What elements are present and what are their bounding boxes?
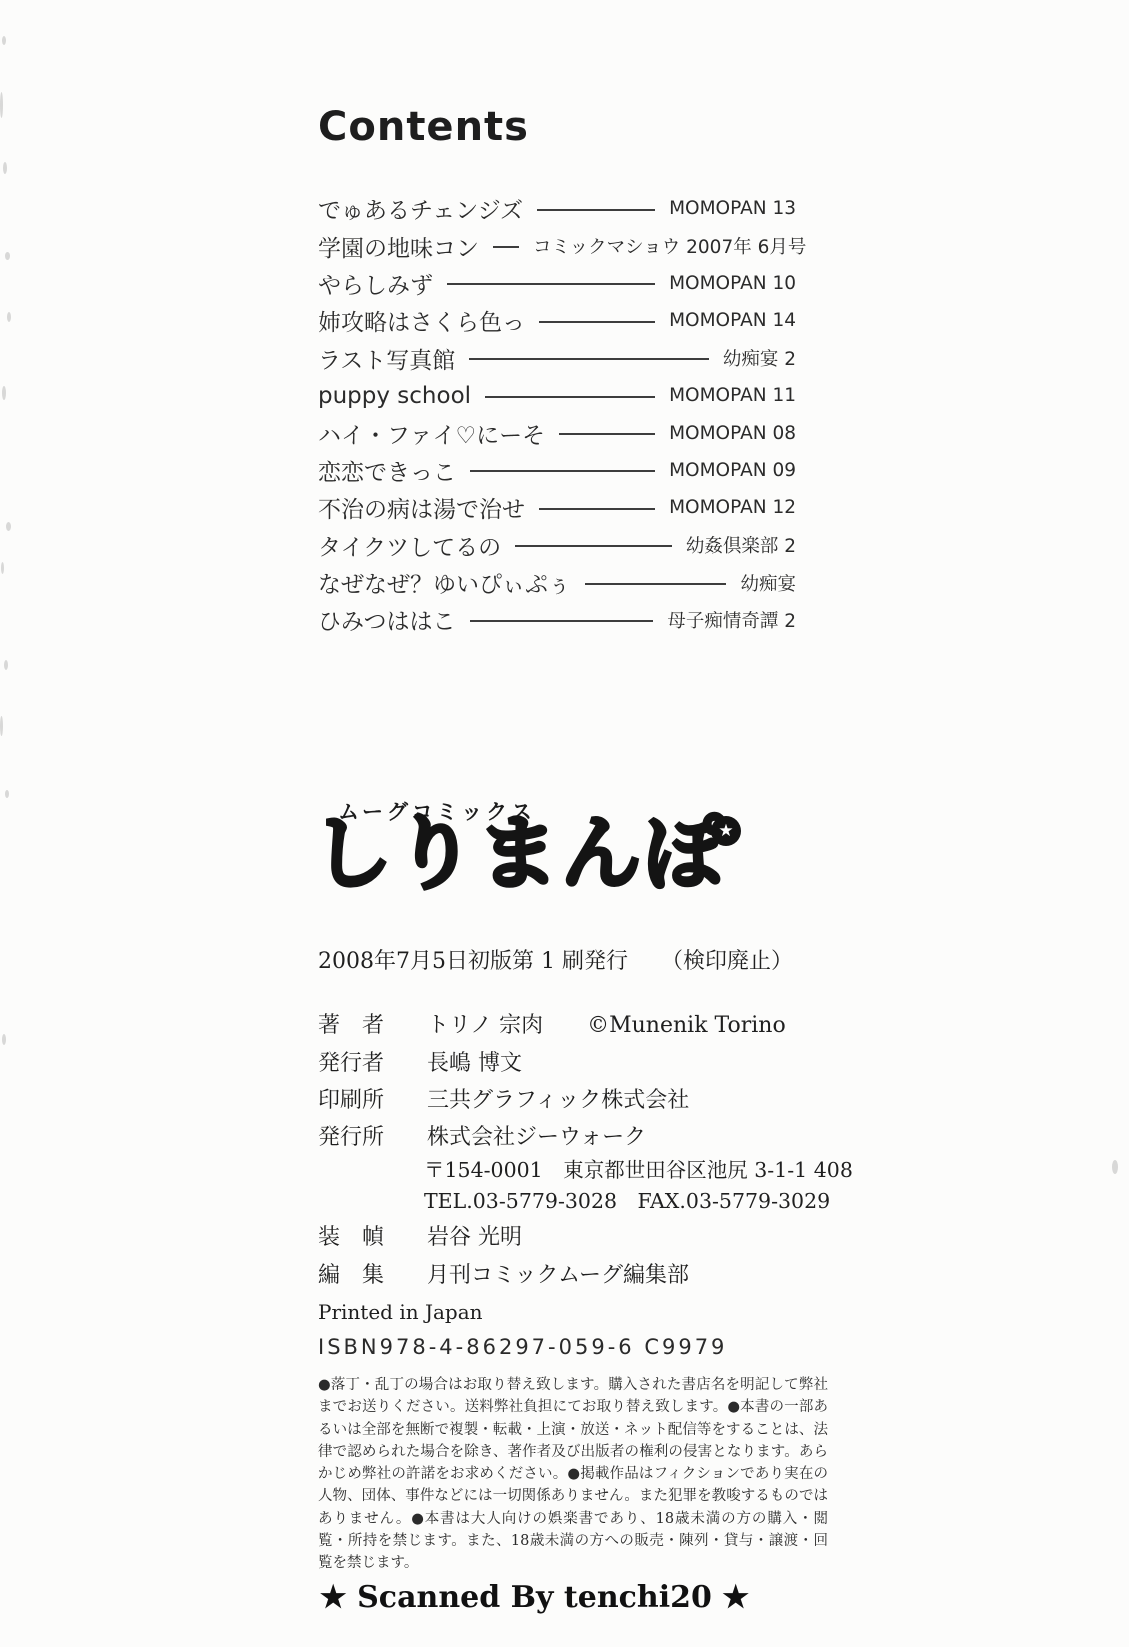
legal-notice: ●落丁・乱丁の場合はお取り替え致します。購入された書店名を明記して弊社までお送り…	[318, 1374, 828, 1575]
scan-speck	[7, 312, 11, 322]
toc-entry-source: 幼痴宴 2	[723, 345, 796, 371]
leader-line	[537, 209, 655, 211]
toc-entry-title: 学園の地味コン	[318, 230, 479, 263]
colophon-label: 編 集	[318, 1258, 420, 1289]
leader-line	[559, 433, 655, 435]
colophon-value: 月刊コミックムーグ編集部	[427, 1263, 689, 1288]
toc-entry-title: puppy school	[318, 383, 471, 409]
toc-entry-source: 幼姦倶楽部 2	[686, 532, 796, 558]
toc-entry-title: でゅあるチェンジズ	[318, 192, 523, 225]
toc-entry-title: やらしみず	[318, 267, 433, 300]
toc-entry-title: タイクツしてるの	[318, 529, 501, 562]
edition-line: 2008年7月5日初版第 1 刷発行 （検印廃止）	[318, 944, 793, 975]
colophon-label: 印刷所	[318, 1083, 420, 1114]
colophon-value: 岩谷 光明	[427, 1225, 522, 1250]
toc-entry-source: 幼痴宴	[740, 570, 796, 596]
scanned-book-page: Contents でゅあるチェンジズ MOMOPAN 13 学園の地味コン コミ…	[0, 0, 1129, 1647]
toc-row: 不治の病は湯で治せ MOMOPAN 12	[318, 489, 796, 526]
printed-in-japan: Printed in Japan	[318, 1300, 483, 1324]
leader-line	[485, 396, 655, 398]
toc-entry-source: コミックマショウ 2007年 6月号	[533, 233, 806, 259]
leader-line	[470, 470, 655, 472]
colophon-label: 発行者	[318, 1046, 420, 1077]
toc-entry-title: 恋恋できっこ	[318, 454, 456, 487]
leader-line	[539, 321, 655, 323]
toc-entry-title: 不治の病は湯で治せ	[318, 491, 525, 524]
toc-row: 学園の地味コン コミックマショウ 2007年 6月号	[318, 227, 796, 264]
book-logo: しりまんぽ ★	[312, 814, 727, 894]
toc-entry-source: MOMOPAN 09	[669, 460, 796, 481]
table-of-contents: でゅあるチェンジズ MOMOPAN 13 学園の地味コン コミックマショウ 20…	[318, 190, 796, 639]
toc-row: 恋恋できっこ MOMOPAN 09	[318, 452, 796, 489]
scan-speck	[3, 162, 7, 174]
colophon-value: 三共グラフィック株式会社	[427, 1088, 689, 1113]
scan-speck	[0, 92, 3, 118]
scan-credit: ★ Scanned By tenchi20 ★	[0, 1580, 1069, 1615]
colophon-value: 株式会社ジーウォーク	[427, 1125, 646, 1150]
star-icon: ★	[711, 816, 741, 846]
leader-line	[585, 583, 726, 585]
toc-row: 姉攻略はさくら色っ MOMOPAN 14	[318, 302, 796, 339]
colophon-label: 装 幀	[318, 1220, 420, 1251]
scan-speck	[5, 252, 10, 260]
scan-speck	[5, 790, 9, 798]
leader-line	[515, 545, 672, 547]
scan-speck	[1, 562, 4, 574]
publisher-phone-fax: TEL.03-5779-3028 FAX.03-5779-3029	[424, 1184, 830, 1214]
toc-row: タイクツしてるの 幼姦倶楽部 2	[318, 527, 796, 564]
toc-row: なぜなぜ？ゆいぴぃぷぅ 幼痴宴	[318, 564, 796, 601]
toc-entry-source: MOMOPAN 12	[669, 497, 796, 518]
isbn-code: ISBN978-4-86297-059-6 C9979	[318, 1335, 727, 1359]
scan-speck	[1112, 1160, 1118, 1174]
toc-entry-title: 姉攻略はさくら色っ	[318, 304, 525, 337]
toc-row: puppy school MOMOPAN 11	[318, 377, 796, 414]
toc-row: でゅあるチェンジズ MOMOPAN 13	[318, 190, 796, 227]
scan-speck	[2, 386, 6, 400]
colophon-row-editor: 編 集 月刊コミックムーグ編集部	[318, 1258, 689, 1289]
colophon-value: トリノ 宗肉 ©Munenik Torino	[427, 1013, 786, 1038]
toc-entry-source: MOMOPAN 08	[669, 423, 796, 444]
colophon-row-publishing-house: 発行所 株式会社ジーウォーク	[318, 1120, 646, 1151]
leader-line	[539, 508, 655, 510]
scan-speck	[6, 522, 11, 531]
toc-row: やらしみず MOMOPAN 10	[318, 265, 796, 302]
book-logo-text: しりまんぽ	[312, 807, 727, 900]
colophon-row-printer: 印刷所 三共グラフィック株式会社	[318, 1083, 689, 1114]
colophon-value: 長嶋 博文	[427, 1051, 522, 1076]
publisher-address: 〒154-0001 東京都世田谷区池尻 3-1-1 408	[424, 1153, 853, 1183]
scan-speck	[2, 1034, 6, 1045]
toc-entry-title: ハイ・ファイ♡にーそ	[318, 417, 545, 450]
leader-line	[469, 358, 709, 360]
toc-row: ハイ・ファイ♡にーそ MOMOPAN 08	[318, 414, 796, 451]
scan-speck	[2, 36, 6, 45]
toc-entry-title: ひみつははこ	[318, 603, 456, 636]
toc-entry-source: MOMOPAN 13	[669, 198, 796, 219]
toc-entry-source: 母子痴情奇譚 2	[667, 607, 796, 633]
colophon-row-publisher-person: 発行者 長嶋 博文	[318, 1046, 522, 1077]
leader-line	[493, 246, 519, 248]
scan-speck	[0, 716, 3, 736]
leader-line	[470, 620, 654, 622]
toc-row: ひみつははこ 母子痴情奇譚 2	[318, 601, 796, 638]
contents-heading: Contents	[318, 104, 529, 150]
colophon-label: 発行所	[318, 1120, 420, 1151]
toc-entry-source: MOMOPAN 11	[669, 385, 796, 406]
toc-entry-source: MOMOPAN 14	[669, 310, 796, 331]
toc-entry-title: なぜなぜ？ゆいぴぃぷぅ	[318, 566, 571, 599]
scan-speck	[4, 660, 8, 670]
toc-row: ラスト写真館 幼痴宴 2	[318, 340, 796, 377]
leader-line	[447, 283, 655, 285]
colophon-label: 著 者	[318, 1008, 420, 1039]
colophon-row-designer: 装 幀 岩谷 光明	[318, 1220, 522, 1251]
toc-entry-source: MOMOPAN 10	[669, 273, 796, 294]
colophon-row-author: 著 者 トリノ 宗肉 ©Munenik Torino	[318, 1008, 786, 1039]
toc-entry-title: ラスト写真館	[318, 342, 455, 375]
